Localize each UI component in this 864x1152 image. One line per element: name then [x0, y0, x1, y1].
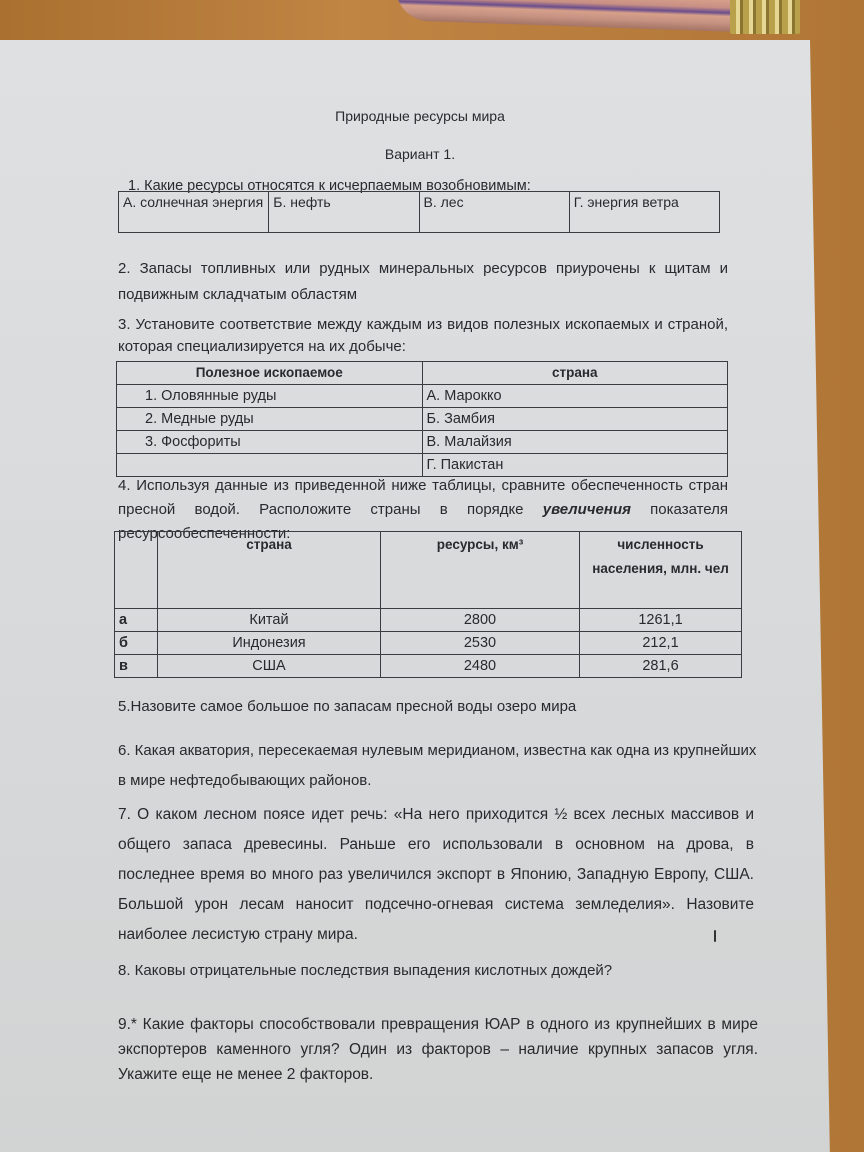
option-b: Б. нефть: [269, 192, 419, 233]
resources-cell: 2800: [381, 609, 580, 632]
option-d: Г. энергия ветра: [569, 192, 719, 233]
population-cell: 281,6: [580, 655, 742, 678]
question-3-match-table: Полезное ископаемое страна 1. Оловянные …: [116, 361, 728, 477]
question-2: 2. Запасы топливных или рудных минеральн…: [118, 256, 728, 308]
country-cell: В. Малайзия: [422, 431, 728, 454]
question-1-options-table: А. солнечная энергия Б. нефть В. лес Г. …: [118, 191, 720, 233]
country-cell: Б. Замбия: [422, 408, 728, 431]
country-cell: А. Марокко: [422, 385, 728, 408]
header-country: страна: [158, 532, 381, 609]
option-a: А. солнечная энергия: [119, 192, 269, 233]
variant-label: Вариант 1.: [0, 146, 840, 162]
mineral-cell: 3. Фосфориты: [117, 431, 423, 454]
question-9: 9.* Какие факторы способствовали превращ…: [118, 1012, 758, 1087]
table-row: а Китай 2800 1261,1: [115, 609, 742, 632]
table-row: в США 2480 281,6: [115, 655, 742, 678]
question-4-emphasis: увеличения: [543, 501, 631, 518]
question-5: 5.Назовите самое большое по запасам прес…: [118, 694, 758, 720]
document-title: Природные ресурсы мира: [0, 108, 840, 124]
table-row: 2. Медные руды Б. Замбия: [117, 408, 728, 431]
row-label: а: [115, 609, 158, 632]
row-label: в: [115, 655, 158, 678]
country-cell: США: [158, 655, 381, 678]
mineral-cell: 2. Медные руды: [117, 408, 423, 431]
header-resources: ресурсы, км³: [381, 532, 580, 609]
question-3: 3. Установите соответствие между каждым …: [118, 314, 728, 358]
table-row: б Индонезия 2530 212,1: [115, 632, 742, 655]
worksheet: Природные ресурсы мира Вариант 1. 1. Как…: [0, 0, 864, 1152]
table-row: 3. Фосфориты В. Малайзия: [117, 431, 728, 454]
population-cell: 1261,1: [580, 609, 742, 632]
resources-cell: 2530: [381, 632, 580, 655]
header-label: [115, 532, 158, 609]
question-8: 8. Каковы отрицательные последствия выпа…: [118, 958, 758, 984]
pen-mark: [714, 930, 716, 942]
table-row: 1. Оловянные руды А. Марокко: [117, 385, 728, 408]
header-mineral: Полезное ископаемое: [117, 362, 423, 385]
header-country: страна: [422, 362, 728, 385]
resources-cell: 2480: [381, 655, 580, 678]
option-c: В. лес: [419, 192, 569, 233]
population-cell: 212,1: [580, 632, 742, 655]
row-label: б: [115, 632, 158, 655]
question-4-water-table: страна ресурсы, км³ численность населени…: [114, 531, 742, 678]
header-population: численность населения, млн. чел: [580, 532, 742, 609]
question-6: 6. Какая акватория, пересекаемая нулевым…: [118, 736, 758, 796]
mineral-cell: 1. Оловянные руды: [117, 385, 423, 408]
country-cell: Китай: [158, 609, 381, 632]
question-7: 7. О каком лесном поясе идет речь: «На н…: [118, 800, 754, 950]
country-cell: Индонезия: [158, 632, 381, 655]
